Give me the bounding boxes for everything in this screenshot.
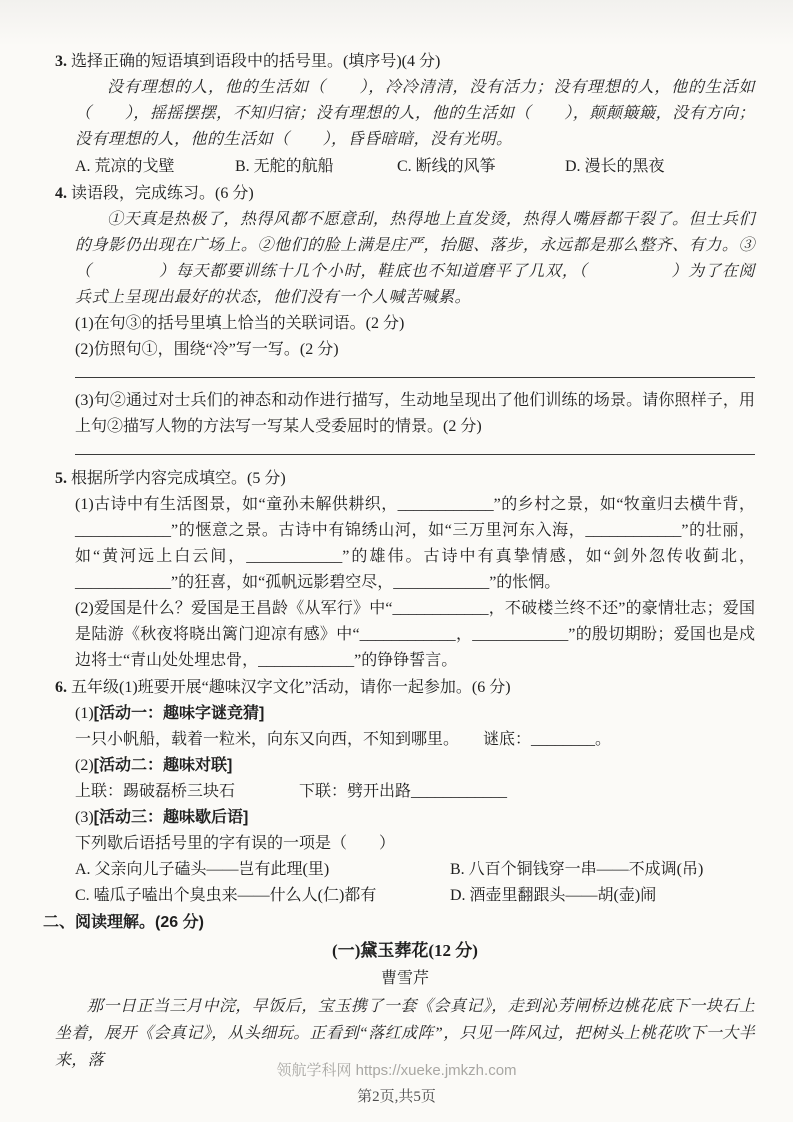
answer-line (75, 440, 755, 455)
q6-activity2-label: (2)[活动二：趣味对联] (75, 753, 755, 779)
q6-activity3-title: [活动三：趣味歇后语] (94, 809, 249, 826)
q6-option-a: A. 父亲向儿子磕头——岂有此理(里) (75, 857, 450, 883)
q5-sub1: (1)古诗中有生活图景，如“童孙未解供耕织，____________”的乡村之景… (75, 492, 755, 596)
section2-heading: 二、阅读理解。(26 分) (43, 909, 755, 937)
q6-activity1-label: (1)[活动一：趣味字谜竞猜] (75, 701, 755, 727)
q3-options: A. 荒凉的戈壁 B. 无舵的航船 C. 断线的风筝 D. 漫长的黑夜 (75, 153, 755, 180)
q5-number: 5. (55, 470, 67, 487)
section-reading: 二、阅读理解。(26 分) (一)黛玉葬花(12 分) 曹雪芹 那一日正当三月中… (55, 909, 755, 1074)
q3-option-b: B. 无舵的航船 (235, 153, 397, 180)
q4-stem: 4. 读语段，完成练习。(6 分) (55, 180, 755, 207)
question-4: 4. 读语段，完成练习。(6 分) ①天真是热极了，热得风都不愿意刮，热得地上直… (55, 180, 755, 455)
q3-stem-text: 选择正确的短语填到语段中的括号里。(填序号)(4 分) (71, 53, 440, 70)
q4-sub3: (3)句②通过对士兵们的神态和动作进行描写，生动地呈现出了他们训练的场景。请你照… (75, 388, 755, 440)
q6-activity2-num: (2) (75, 757, 94, 774)
q5-sub2: (2)爱国是什么？爱国是王昌龄《从军行》中“____________，不破楼兰终… (75, 596, 755, 674)
q4-stem-text: 读语段，完成练习。(6 分) (71, 185, 254, 202)
q3-option-a: A. 荒凉的戈壁 (75, 153, 235, 180)
answer-line (75, 363, 755, 378)
q3-passage: 没有理想的人，他的生活如（ ），冷冷清清，没有活力；没有理想的人，他的生活如（ … (75, 75, 755, 153)
q6-activity2-title: [活动二：趣味对联] (94, 757, 233, 774)
footer-watermark: 领航学科网 https://xueke.jmkzh.com (0, 1058, 793, 1084)
q3-option-c: C. 断线的风筝 (397, 153, 565, 180)
q6-activity3-num: (3) (75, 809, 94, 826)
q5-stem-text: 根据所学内容完成填空。(5 分) (71, 470, 286, 487)
q6-activity1-num: (1) (75, 705, 94, 722)
q6-activity1-title: [活动一：趣味字谜竞猜] (94, 705, 265, 722)
reading-title: (一)黛玉葬花(12 分) (55, 937, 755, 965)
q5-stem: 5. 根据所学内容完成填空。(5 分) (55, 465, 755, 492)
q4-passage: ①天真是热极了，热得风都不愿意刮，热得地上直发烫，热得人嘴唇都干裂了。但士兵们的… (75, 207, 755, 311)
q6-options: A. 父亲向儿子磕头——岂有此理(里) B. 八百个铜钱穿一串——不成调(吊) … (75, 857, 755, 909)
q4-number: 4. (55, 185, 67, 202)
reading-author: 曹雪芹 (55, 965, 755, 993)
q4-sub2: (2)仿照句①，围绕“冷”写一写。(2 分) (75, 337, 755, 363)
question-6: 6. 五年级(1)班要开展“趣味汉字文化”活动，请你一起参加。(6 分) (1)… (55, 674, 755, 909)
q4-sub1: (1)在句③的括号里填上恰当的关联词语。(2 分) (75, 311, 755, 337)
q6-stem-text: 五年级(1)班要开展“趣味汉字文化”活动，请你一起参加。(6 分) (71, 679, 511, 696)
q3-number: 3. (55, 53, 67, 70)
q6-activity1-text: 一只小帆船，载着一粒米，向东又向西，不知到哪里。 谜底：________。 (75, 727, 755, 753)
q6-option-c: C. 嗑瓜子嗑出个臭虫来——什么人(仁)都有 (75, 883, 450, 909)
question-5: 5. 根据所学内容完成填空。(5 分) (1)古诗中有生活图景，如“童孙未解供耕… (55, 465, 755, 674)
footer-page-number: 第2页,共5页 (0, 1084, 793, 1110)
q6-stem: 6. 五年级(1)班要开展“趣味汉字文化”活动，请你一起参加。(6 分) (55, 674, 755, 701)
q6-activity3-question: 下列歇后语括号里的字有误的一项是（ ） (75, 831, 755, 857)
question-3: 3. 选择正确的短语填到语段中的括号里。(填序号)(4 分) 没有理想的人，他的… (55, 48, 755, 180)
q6-activity3-label: (3)[活动三：趣味歇后语] (75, 805, 755, 831)
q3-stem: 3. 选择正确的短语填到语段中的括号里。(填序号)(4 分) (55, 48, 755, 75)
q6-number: 6. (55, 679, 67, 696)
q6-option-b: B. 八百个铜钱穿一串——不成调(吊) (450, 857, 755, 883)
q3-option-d: D. 漫长的黑夜 (565, 153, 665, 180)
q6-activity2-text: 上联：踢破磊桥三块石 下联：劈开出路____________ (75, 779, 755, 805)
q6-option-d: D. 酒壶里翻跟头——胡(壶)闹 (450, 883, 755, 909)
exam-page: 3. 选择正确的短语填到语段中的括号里。(填序号)(4 分) 没有理想的人，他的… (0, 0, 793, 1122)
